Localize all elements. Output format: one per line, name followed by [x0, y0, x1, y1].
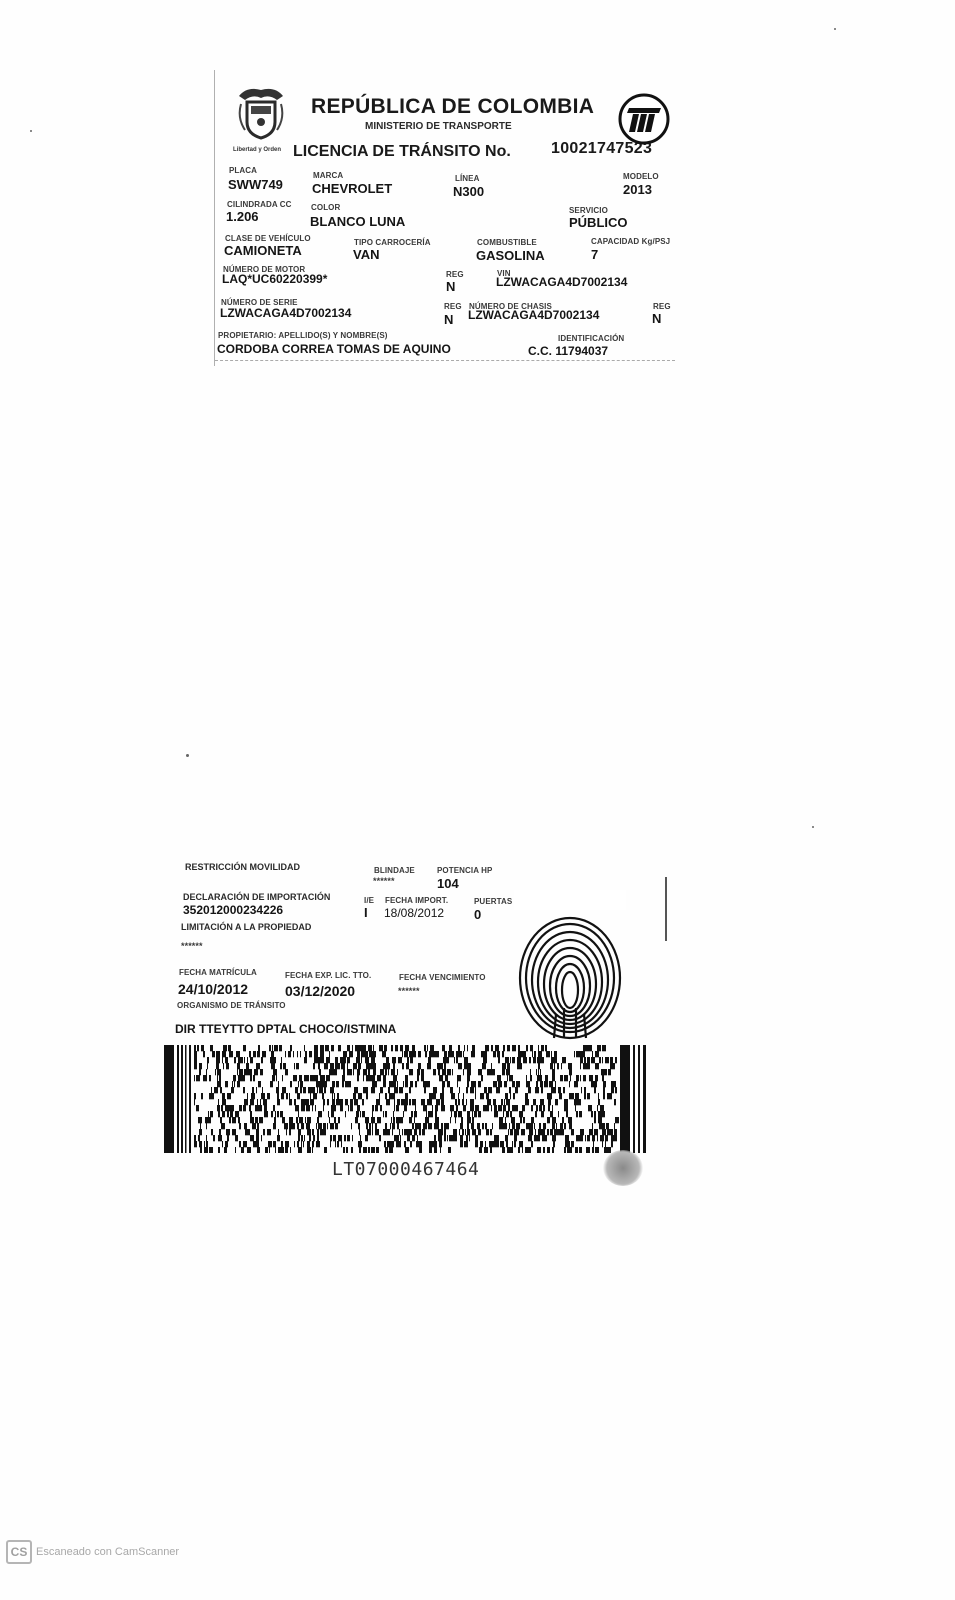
fecha-import-value: 18/08/2012	[384, 906, 444, 920]
clase-label: CLASE DE VEHÍCULO	[225, 234, 311, 243]
fingerprint-icon	[514, 890, 626, 1040]
scan-dot	[812, 826, 814, 828]
combustible-value: GASOLINA	[476, 248, 545, 263]
propietario-label: PROPIETARIO: APELLIDO(S) Y NOMBRE(S)	[218, 331, 388, 340]
puertas-label: PUERTAS	[474, 897, 512, 906]
blindaje-label: BLINDAJE	[374, 866, 415, 875]
fecha-venc-label: FECHA VENCIMIENTO	[399, 973, 486, 982]
declaracion-label: DECLARACIÓN DE IMPORTACIÓN	[183, 892, 330, 902]
vin-value: LZWACAGA4D7002134	[496, 275, 627, 289]
reg-chasis-label: REG	[653, 302, 671, 311]
pdf417-barcode	[162, 1045, 650, 1153]
reg-motor-label: REG	[446, 270, 464, 279]
color-value: BLANCO LUNA	[310, 214, 405, 229]
fecha-matricula-value: 24/10/2012	[178, 981, 248, 997]
ie-value: I	[364, 905, 368, 920]
identificacion-label: IDENTIFICACIÓN	[558, 334, 624, 343]
card-edge-line	[665, 877, 667, 941]
license-label: LICENCIA DE TRÁNSITO No.	[293, 143, 511, 161]
potencia-value: 104	[437, 876, 459, 891]
reg-serie-label: REG	[444, 302, 462, 311]
carroceria-label: TIPO CARROCERÍA	[354, 238, 431, 247]
barcode-id: LT07000467464	[332, 1159, 479, 1180]
reg-chasis-value: N	[652, 311, 661, 326]
fecha-matricula-label: FECHA MATRÍCULA	[179, 968, 257, 977]
blindaje-value: ******	[373, 876, 395, 886]
scan-dot	[834, 28, 836, 30]
identificacion-value: C.C. 11794037	[528, 344, 608, 358]
card-bottom-edge	[215, 360, 675, 361]
marca-label: MARCA	[313, 171, 343, 180]
clase-value: CAMIONETA	[224, 243, 302, 258]
linea-label: LÍNEA	[455, 174, 480, 183]
capacidad-value: 7	[591, 247, 598, 262]
license-card-front: Libertad y Orden REPÚBLICA DE COLOMBIA M…	[214, 70, 685, 366]
scanned-page: Libertad y Orden REPÚBLICA DE COLOMBIA M…	[0, 0, 955, 1600]
organismo-value: DIR TTEYTTO DPTAL CHOCO/ISTMINA	[175, 1022, 396, 1036]
restriccion-label: RESTRICCIÓN MOVILIDAD	[185, 862, 300, 872]
servicio-value: PÚBLICO	[569, 215, 628, 230]
ministry-transport-logo-icon	[617, 92, 671, 146]
color-label: COLOR	[311, 203, 340, 212]
placa-label: PLACA	[229, 166, 257, 175]
camscanner-watermark: CS Escaneado con CamScanner	[6, 1540, 179, 1564]
fecha-exp-label: FECHA EXP. LIC. TTO.	[285, 971, 371, 980]
modelo-value: 2013	[623, 182, 652, 197]
limitacion-value: ******	[181, 941, 203, 951]
servicio-label: SERVICIO	[569, 206, 608, 215]
cilindrada-value: 1.206	[226, 209, 259, 224]
coat-of-arms-icon	[233, 84, 289, 142]
camscanner-logo-icon: CS	[6, 1540, 32, 1564]
fecha-venc-value: ******	[398, 986, 420, 996]
camscanner-text: Escaneado con CamScanner	[36, 1546, 179, 1558]
carroceria-value: VAN	[353, 247, 379, 262]
fecha-import-label: FECHA IMPORT.	[385, 896, 448, 905]
country-title: REPÚBLICA DE COLOMBIA	[311, 95, 594, 119]
organismo-label: ORGANISMO DE TRÁNSITO	[177, 1001, 286, 1010]
scan-dot	[186, 754, 189, 757]
potencia-label: POTENCIA HP	[437, 866, 492, 875]
cilindrada-label: CILINDRADA CC	[227, 200, 292, 209]
reg-serie-value: N	[444, 312, 453, 327]
marca-value: CHEVROLET	[312, 181, 392, 196]
limitacion-label: LIMITACIÓN A LA PROPIEDAD	[181, 922, 311, 932]
chasis-value: LZWACAGA4D7002134	[468, 308, 599, 322]
propietario-value: CORDOBA CORREA TOMAS DE AQUINO	[217, 342, 451, 356]
linea-value: N300	[453, 184, 484, 199]
placa-value: SWW749	[228, 177, 283, 192]
modelo-label: MODELO	[623, 172, 659, 181]
serie-value: LZWACAGA4D7002134	[220, 306, 351, 320]
ministry-subtitle: MINISTERIO DE TRANSPORTE	[365, 121, 512, 132]
scan-smudge	[603, 1150, 643, 1186]
motto: Libertad y Orden	[233, 147, 281, 153]
declaracion-value: 352012000234226	[183, 903, 283, 917]
combustible-label: COMBUSTIBLE	[477, 238, 537, 247]
fecha-exp-value: 03/12/2020	[285, 983, 355, 999]
ie-label: I/E	[364, 896, 374, 905]
scan-dot	[30, 130, 32, 132]
motor-value: LAQ*UC60220399*	[222, 272, 327, 286]
capacidad-label: CAPACIDAD Kg/PSJ	[591, 237, 670, 246]
puertas-value: 0	[474, 907, 481, 922]
reg-motor-value: N	[446, 279, 455, 294]
